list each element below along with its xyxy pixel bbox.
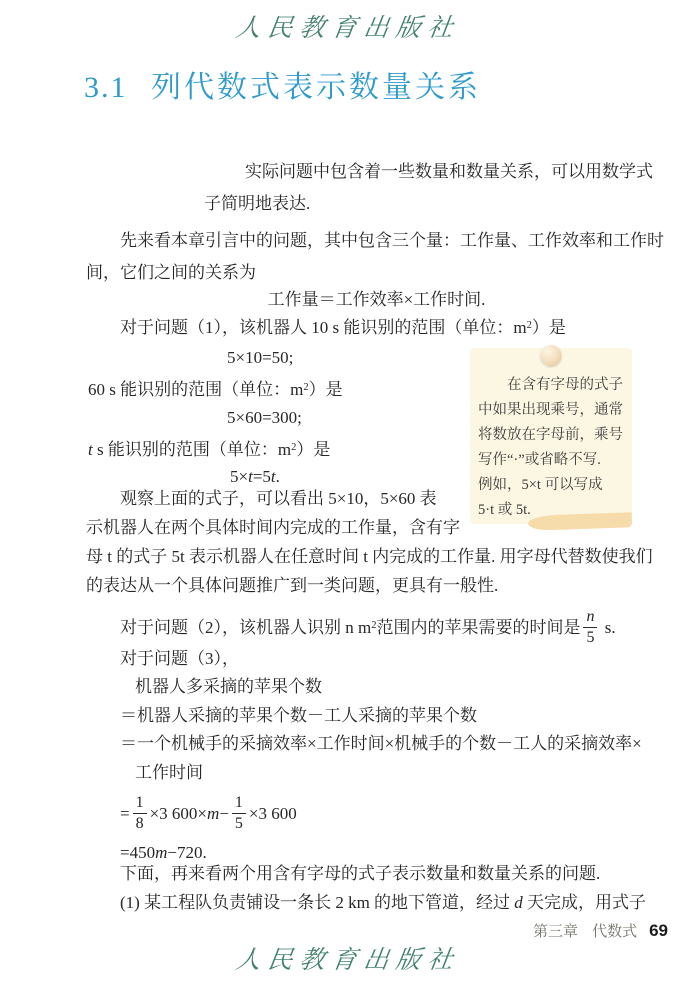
note-line-5: 例如，5×t 可以写成 (478, 473, 626, 498)
page-number: 69 (649, 921, 668, 940)
problem1-text-end: ）是 (532, 318, 566, 337)
observe-line-2: 示机器人在两个具体时间内完成的工作量，含有字 (86, 517, 460, 539)
result-part-end: −720. (167, 843, 206, 862)
eq5t-part: . (276, 467, 280, 486)
eq5t-part: =5 (253, 467, 271, 486)
problem2-text-mid: 范围内的苹果需要的时间是 (376, 618, 580, 637)
range-ts-text-end: ）是 (296, 440, 330, 459)
publisher-watermark-bottom: 人民教育出版社 (0, 940, 696, 976)
problem2-line: 对于问题（2），该机器人识别 n m2范围内的苹果需要的时间是n5 s. (120, 610, 616, 648)
frac-numerator: n (583, 608, 597, 628)
frac-denominator: 8 (133, 814, 147, 832)
page-footer: 第三章代数式69 (86, 920, 668, 941)
times-3600: ×3 600 (249, 804, 297, 823)
paragraph-quantities-1: 先来看本章引言中的问题，其中包含三个量：工作量、工作效率和工作时 (120, 230, 664, 252)
item1-line: (1) 某工程队负责铺设一条长 2 km 的地下管道，经过 d 天完成，用式子 (120, 892, 646, 914)
apples-line-3: ＝一个机械手的采摘效率×工作时间×机械手的个数－工人的采摘效率× (120, 733, 642, 755)
variable-m: m (207, 804, 219, 823)
apples-line-1: 机器人多采摘的苹果个数 (135, 676, 322, 698)
margin-note-text: 在含有字母的式子 中如果出现乘号，通常 将数放在字母前，乘号 写作“·”或省略不… (470, 348, 632, 523)
frac-denominator: 5 (583, 628, 597, 646)
intro-line-2: 子简明地表达. (204, 193, 310, 215)
margin-note: 在含有字母的式子 中如果出现乘号，通常 将数放在字母前，乘号 写作“·”或省略不… (470, 348, 632, 524)
times-3600: ×3 600× (150, 804, 207, 823)
problem1-text: 对于问题（1），该机器人 10 s 能识别的范围（单位：m (120, 318, 527, 337)
equation-result: =450m−720. (120, 842, 207, 864)
closing-line: 下面，再来看两个用含有字母的式子表示数量和数量关系的问题. (120, 863, 600, 885)
problem2-text: 对于问题（2），该机器人识别 n m (120, 618, 371, 637)
item1-text-end: 天完成，用式子 (523, 893, 646, 912)
frac-numerator: 1 (133, 794, 147, 814)
note-line-3: 将数放在字母前，乘号 (478, 423, 626, 448)
section-title: 3.1 列代数式表示数量关系 (84, 62, 481, 106)
section-number: 3.1 (84, 71, 128, 104)
equation-5t: 5×t=5t. (230, 466, 280, 488)
pin-bead-icon (541, 345, 562, 366)
range-ts-text: s 能识别的范围（单位：m (93, 440, 291, 459)
problem2-text-end: s. (600, 618, 615, 637)
eq5t-part: 5× (230, 467, 248, 486)
note-line-4: 写作“·”或省略不写. (478, 448, 626, 473)
apples-line-2: ＝机器人采摘的苹果个数－工人采摘的苹果个数 (120, 705, 477, 727)
publisher-watermark-top: 人民教育出版社 (0, 8, 696, 44)
footer-section: 代数式 (592, 924, 637, 940)
frac-denominator: 5 (232, 814, 246, 832)
observe-line-1: 观察上面的式子，可以看出 5×10，5×60 表 (120, 488, 437, 510)
equals-sign: = (120, 804, 130, 823)
footer-chapter: 第三章 (533, 924, 578, 940)
range-ts-line: t s 能识别的范围（单位：m2）是 (88, 437, 330, 461)
observe-line-4: 的表达从一个具体问题推广到一类问题，更具有一般性. (86, 575, 498, 597)
variable-d: d (514, 893, 523, 912)
range-60s-text-end: ）是 (309, 380, 343, 399)
note-line-1: 在含有字母的式子 (478, 373, 626, 398)
observe-line-3: 母 t 的式子 5t 表示机器人在任意时间 t 内完成的工作量. 用字母代替数使… (86, 546, 653, 568)
fraction-1-over-8: 18 (133, 794, 147, 832)
apples-line-4: 工作时间 (135, 762, 203, 784)
equation-fractions: =18×3 600×m−15×3 600 (120, 796, 297, 834)
intro-line-1: 实际问题中包含着一些数量和数量关系，可以用数学式 (245, 161, 653, 183)
range-60s-line: 60 s 能识别的范围（单位：m2）是 (88, 377, 343, 401)
fraction-n-over-5: n5 (583, 608, 597, 646)
fraction-1-over-5: 15 (232, 794, 246, 832)
problem3-head: 对于问题（3）， (120, 648, 239, 670)
minus-sign: − (219, 804, 229, 823)
equation-5x10: 5×10=50; (227, 347, 293, 369)
textbook-page: 人民教育出版社 3.1 列代数式表示数量关系 实际问题中包含着一些数量和数量关系… (0, 0, 696, 983)
problem1-range-10s: 对于问题（1），该机器人 10 s 能识别的范围（单位：m2）是 (120, 315, 566, 339)
range-60s-text: 60 s 能识别的范围（单位：m (88, 380, 303, 399)
item1-text: (1) 某工程队负责铺设一条长 2 km 的地下管道，经过 (120, 893, 514, 912)
result-part: =450 (120, 843, 155, 862)
section-name: 列代数式表示数量关系 (151, 71, 481, 104)
variable-m: m (155, 843, 167, 862)
paragraph-quantities-2: 间，它们之间的关系为 (86, 262, 256, 284)
formula-work: 工作量＝工作效率×工作时间. (86, 289, 667, 311)
frac-numerator: 1 (232, 794, 246, 814)
note-line-2: 中如果出现乘号，通常 (478, 398, 626, 423)
equation-5x60: 5×60=300; (227, 407, 302, 429)
